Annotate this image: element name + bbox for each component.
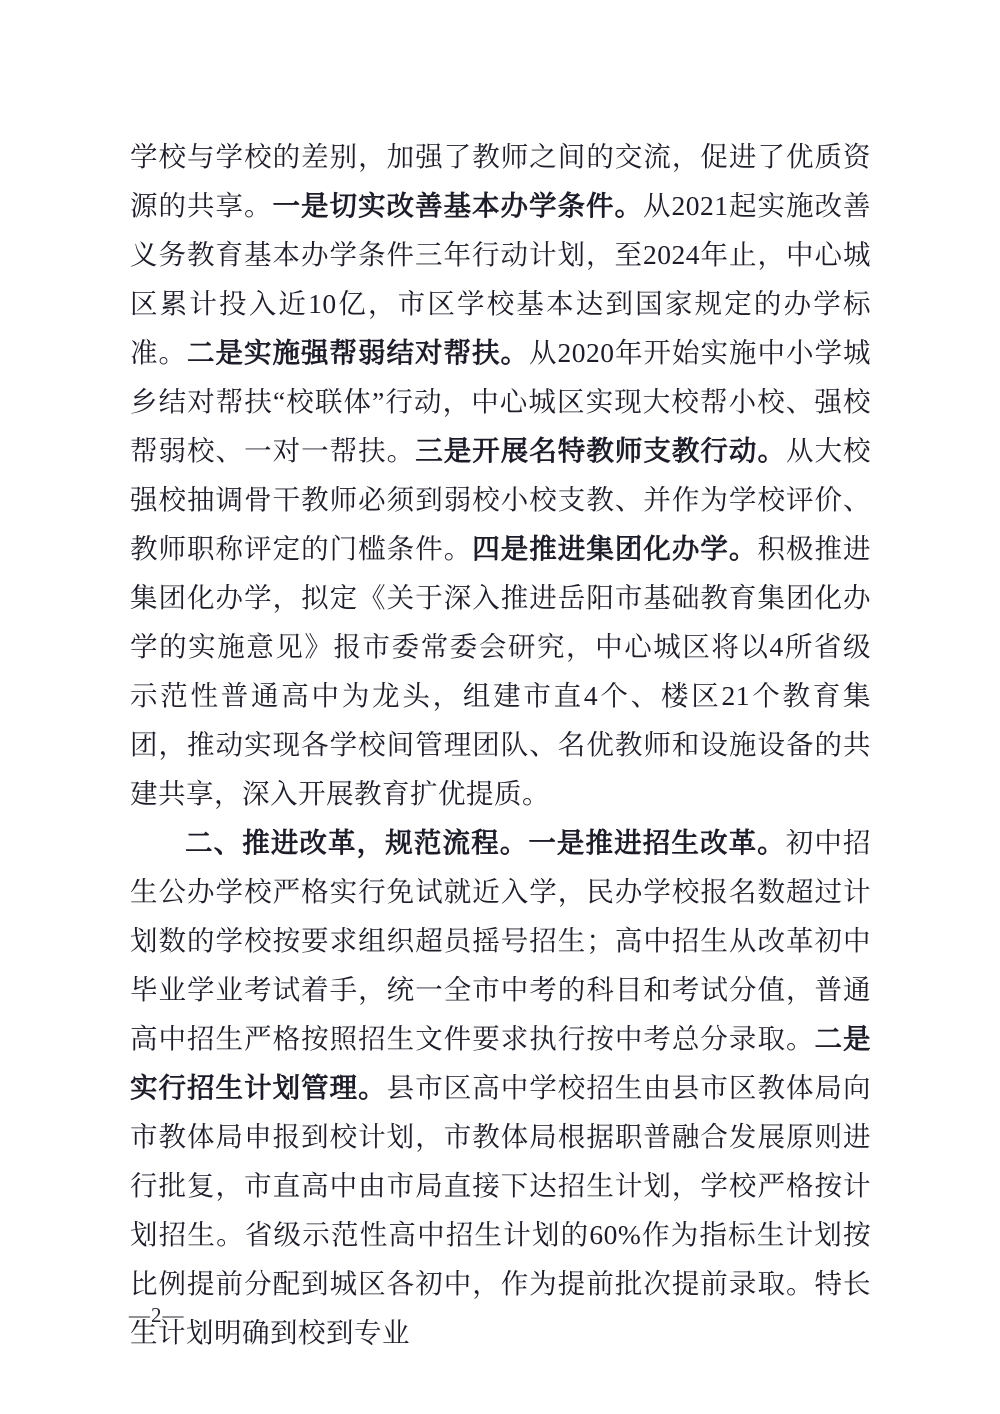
- page-number: —2—: [129, 1303, 185, 1327]
- paragraph-continuation: 学校与学校的差别，加强了教师之间的交流，促进了优质资源的共享。一是切实改善基本办…: [130, 132, 871, 818]
- text-run: 初中招生公办学校严格实行免试就近入学，民办学校报名数超过计划数的学校按要求组织超…: [130, 827, 871, 1054]
- text-run: 积极推进集团化办学，拟定《关于深入推进岳阳市基础教育集团化办学的实施意见》报市委…: [130, 533, 871, 809]
- text-run: 一是推进招生改革。: [528, 827, 785, 858]
- text-run: 三是开展名特教师支教行动。: [415, 435, 786, 466]
- text-run: 二是实施强帮弱结对帮扶。: [187, 337, 529, 368]
- page-footer: —2—: [129, 1300, 185, 1330]
- text-run: 二、推进改革，规范流程。: [185, 827, 528, 858]
- text-run: 四是推进集团化办学。: [472, 533, 757, 564]
- document-page: 学校与学校的差别，加强了教师之间的交流，促进了优质资源的共享。一是切实改善基本办…: [0, 0, 1000, 1414]
- text-run: 一是切实改善基本办学条件。: [273, 190, 644, 221]
- paragraph-section-two: 二、推进改革，规范流程。一是推进招生改革。初中招生公办学校严格实行免试就近入学，…: [130, 818, 871, 1357]
- text-run: 县市区高中学校招生由县市区教体局向市教体局申报到校计划，市教体局根据职普融合发展…: [130, 1072, 871, 1348]
- document-body: 学校与学校的差别，加强了教师之间的交流，促进了优质资源的共享。一是切实改善基本办…: [130, 132, 871, 1357]
